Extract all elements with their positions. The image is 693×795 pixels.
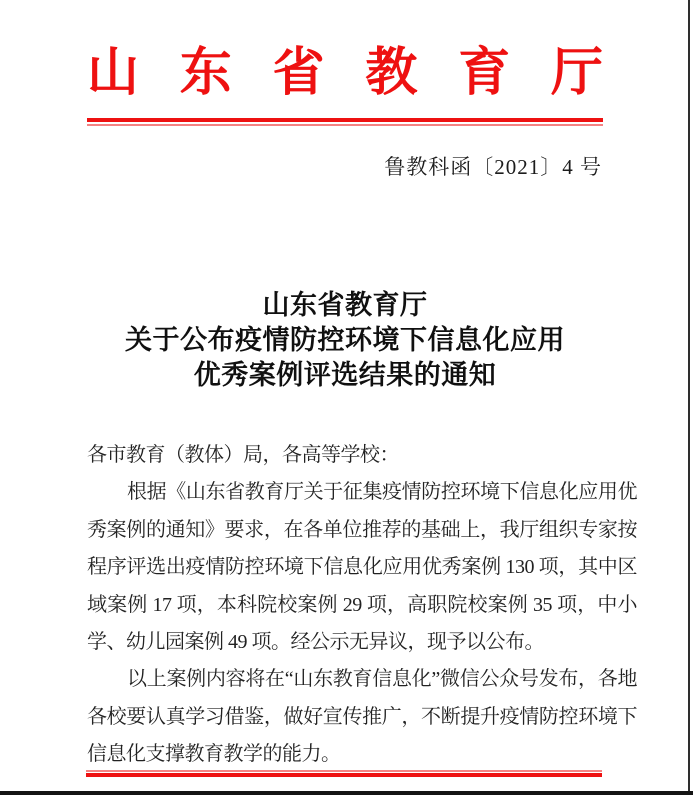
document-reference-number: 鲁教科函〔2021〕4 号 bbox=[384, 151, 602, 181]
notice-title-line-1: 山东省教育厅 bbox=[0, 288, 690, 323]
notice-body: 各市教育（教体）局，各高等学校： 根据《山东省教育厅关于征集疫情防控环境下信息化… bbox=[87, 437, 637, 774]
footer-rule-thick bbox=[86, 773, 602, 777]
notice-title: 山东省教育厅 关于公布疫情防控环境下信息化应用 优秀案例评选结果的通知 bbox=[0, 288, 690, 393]
official-notice-page: 山东省教育厅 鲁教科函〔2021〕4 号 山东省教育厅 关于公布疫情防控环境下信… bbox=[0, 0, 693, 795]
body-paragraph: 根据《山东省教育厅关于征集疫情防控环境下信息化应用优秀案例的通知》要求，在各单位… bbox=[87, 474, 637, 661]
scan-page-edge-right bbox=[688, 0, 690, 795]
body-paragraph: 以上案例内容将在“山东教育信息化”微信公众号发布，各地各校要认真学习借鉴，做好宣… bbox=[87, 661, 637, 773]
scan-page-edge-bottom bbox=[0, 791, 693, 795]
footer-rule-thin bbox=[86, 770, 602, 772]
salutation-line: 各市教育（教体）局，各高等学校： bbox=[87, 437, 637, 474]
notice-title-line-2: 关于公布疫情防控环境下信息化应用 bbox=[0, 323, 690, 358]
agency-masthead-title: 山东省教育厅 bbox=[87, 44, 603, 104]
notice-title-line-3: 优秀案例评选结果的通知 bbox=[0, 358, 690, 393]
masthead-rule-thin bbox=[87, 124, 603, 126]
masthead-rule-thick bbox=[87, 118, 603, 122]
